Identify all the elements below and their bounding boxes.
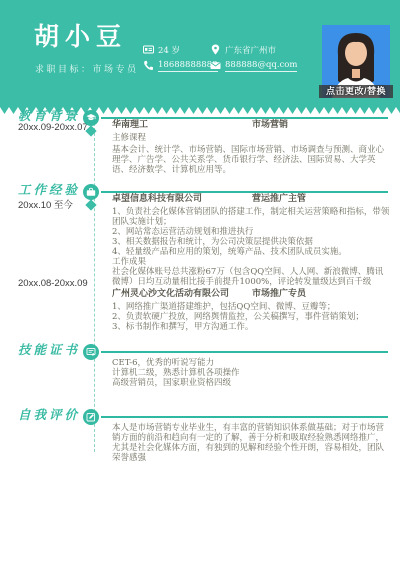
job1-company: 卓望信息科技有限公司 (112, 194, 202, 204)
skill-item: 高级营销员，国家职业资格四级 (112, 378, 390, 388)
evaluation-rule (101, 416, 388, 418)
job1-role: 营运推广主管 (252, 194, 306, 204)
resume-header: 胡小豆 求职目标：市场专员 24 岁 18688888888 广东省广州市 8 (0, 0, 400, 107)
profile-photo[interactable]: 点击更改/替换 (322, 25, 390, 98)
section-work: 工作经验 20xx.10 至今 20xx.08-20xx.09 卓望信息科技有限… (0, 180, 400, 340)
phone-icon (143, 60, 154, 71)
phone-value[interactable]: 18688888888 (158, 60, 218, 72)
timeline-diamond (85, 199, 96, 210)
achievement-label: 工作成果 (112, 257, 390, 267)
job1-item: 2、网站常态运营活动规划和推进执行 (112, 227, 390, 237)
major-name: 市场营销 (252, 120, 288, 130)
school-name: 华南理工 (112, 120, 148, 130)
course-list: 基本会计、统计学、市场营销、国际市场营销、市场调查与预测、商业心理学、广告学、公… (112, 145, 390, 175)
resume-page: 胡小豆 求职目标：市场专员 24 岁 18688888888 广东省广州市 8 (0, 0, 400, 565)
section-education: 教育背景 20xx.09-20xx.07 华南理工 市场营销 主修课程 基本会计… (0, 106, 400, 176)
skill-item: 计算机二级，熟悉计算机各项操作 (112, 368, 390, 378)
education-rule (101, 117, 388, 119)
education-date: 20xx.09-20xx.07 (18, 122, 88, 133)
email-value[interactable]: 888888@qq.com (225, 60, 297, 72)
achievement-text: 社会化媒体账号总共涨粉67万（包含QQ空间、人人网、新浪微博、腾讯微博）日均互动… (112, 267, 390, 287)
job1-item: 4、轻量级产品和应用的策划，统筹产品、技术团队成员实施。 (112, 247, 390, 257)
job1-item: 1、负责社会化媒体营销团队的搭建工作，制定相关运营策略和指标，带领团队实施计划； (112, 207, 390, 227)
certificate-icon (83, 344, 99, 360)
section-skills: 技能证书 CET-6，优秀的听说写能力 计算机二级，熟悉计算机各项操作 高级营销… (0, 340, 400, 395)
candidate-name: 胡小豆 (34, 22, 127, 52)
job2-company: 广州灵心沙文化活动有限公司 (112, 289, 229, 299)
work-title: 工作经验 (18, 180, 80, 198)
age-value: 24 岁 (158, 46, 180, 56)
location-pin-icon (210, 44, 221, 55)
briefcase-icon (83, 184, 99, 200)
evaluation-text: 本人是市场营销专业毕业生，有丰富的营销知识体系做基础；对于市场营销方面的前沿和趋… (112, 423, 390, 463)
email-icon (210, 60, 221, 71)
job2-role: 市场推广专员 (252, 289, 306, 299)
job1-date: 20xx.10 至今 (18, 197, 73, 211)
course-label: 主修课程 (112, 133, 390, 143)
job2-date: 20xx.08-20xx.09 (18, 278, 88, 289)
job2-item: 1、网络推广渠道搭建维护，包括QQ空间、微博、豆瓣等； (112, 302, 390, 312)
evaluation-title: 自我评价 (18, 405, 80, 423)
photo-change-button[interactable]: 点击更改/替换 (319, 85, 393, 98)
edit-pen-icon (83, 409, 99, 425)
phone-field: 18688888888 (158, 60, 218, 70)
skills-title: 技能证书 (18, 340, 80, 358)
location-value: 广东省广州市 (225, 46, 276, 56)
work-rule (101, 191, 388, 193)
age-field: 24 岁 (158, 44, 180, 56)
job2-item: 3、标书制作和撰写，甲方沟通工作。 (112, 322, 390, 332)
skill-item: CET-6，优秀的听说写能力 (112, 358, 390, 368)
skills-rule (101, 351, 388, 353)
section-evaluation: 自我评价 本人是市场营销专业毕业生，有丰富的营销知识体系做基础；对于市场营销方面… (0, 405, 400, 465)
job-objective: 求职目标：市场专员 (35, 62, 139, 75)
job1-item: 3、相关数据报告和统计，为公司决策层提供决策依据 (112, 237, 390, 247)
graduation-cap-icon (83, 110, 99, 126)
location-field: 广东省广州市 (225, 44, 276, 56)
id-card-icon (143, 44, 154, 55)
job2-item: 2、负责软硬广投放，网络舆情监控，公关稿撰写，事件营销策划； (112, 312, 390, 322)
email-field: 888888@qq.com (225, 60, 297, 70)
